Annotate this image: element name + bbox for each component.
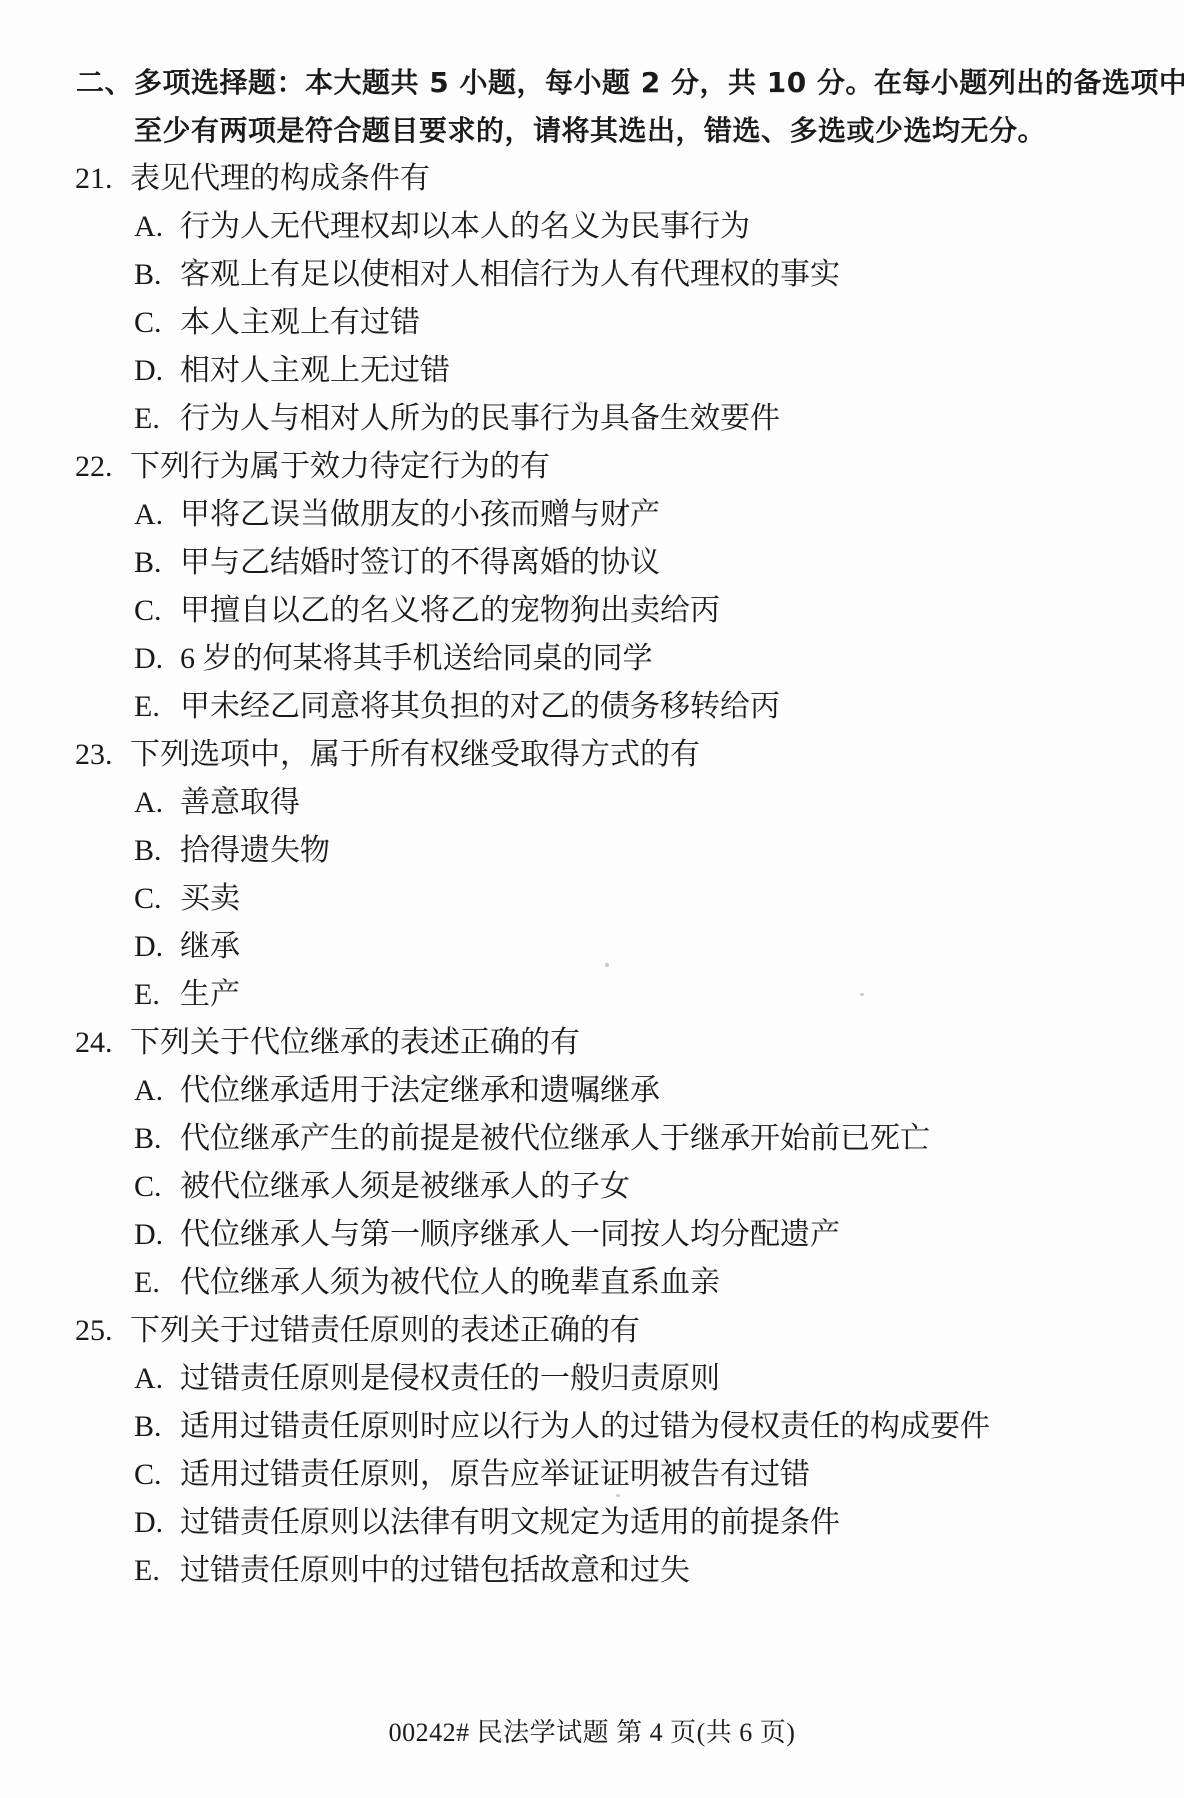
option-label: B. bbox=[134, 539, 180, 587]
option-row: C.适用过错责任原则，原告应举证证明被告有过错 bbox=[134, 1451, 1184, 1499]
option-text: 适用过错责任原则，原告应举证证明被告有过错 bbox=[180, 1458, 810, 1491]
option-label: C. bbox=[134, 1451, 180, 1499]
option-text: 6 岁的何某将其手机送给同桌的同学 bbox=[180, 642, 653, 675]
option-label: A. bbox=[134, 203, 180, 251]
option-row: D.6 岁的何某将其手机送给同桌的同学 bbox=[134, 635, 1184, 683]
scan-speck bbox=[605, 963, 609, 967]
option-text: 代位继承人与第一顺序继承人一同按人均分配遗产 bbox=[180, 1218, 840, 1251]
option-text: 生产 bbox=[180, 978, 240, 1011]
option-row: B.甲与乙结婚时签订的不得离婚的协议 bbox=[134, 539, 1184, 587]
option-label: B. bbox=[134, 827, 180, 875]
option-label: B. bbox=[134, 1403, 180, 1451]
question-number: 22. bbox=[75, 443, 130, 491]
option-label: A. bbox=[134, 1355, 180, 1403]
option-text: 继承 bbox=[180, 930, 240, 963]
option-text: 甲将乙误当做朋友的小孩而赠与财产 bbox=[180, 498, 660, 531]
option-text: 过错责任原则中的过错包括故意和过失 bbox=[180, 1554, 690, 1587]
footer-text: 00242# 民法学试题 第 4 页(共 6 页) bbox=[389, 1718, 796, 1747]
option-row: D.相对人主观上无过错 bbox=[134, 347, 1184, 395]
question-item: 24.下列关于代位继承的表述正确的有 A.代位继承适用于法定继承和遗嘱继承 B.… bbox=[0, 1019, 1184, 1307]
option-label: E. bbox=[134, 1259, 180, 1307]
option-label: E. bbox=[134, 1547, 180, 1595]
question-number: 21. bbox=[75, 155, 130, 203]
option-text: 代位继承产生的前提是被代位继承人于继承开始前已死亡 bbox=[180, 1122, 930, 1155]
section-header-line1: 二、多项选择题：本大题共 5 小题，每小题 2 分，共 10 分。在每小题列出的… bbox=[76, 59, 1184, 107]
question-item: 23.下列选项中，属于所有权继受取得方式的有 A.善意取得 B.拾得遗失物 C.… bbox=[0, 731, 1184, 1019]
question-item: 22.下列行为属于效力待定行为的有 A.甲将乙误当做朋友的小孩而赠与财产 B.甲… bbox=[0, 443, 1184, 731]
question-item: 25.下列关于过错责任原则的表述正确的有 A.过错责任原则是侵权责任的一般归责原… bbox=[0, 1307, 1184, 1595]
section-instructions-line1: 多项选择题：本大题共 5 小题，每小题 2 分，共 10 分。在每小题列出的备选… bbox=[134, 66, 1184, 99]
question-number: 25. bbox=[75, 1307, 130, 1355]
question-stem: 21.表见代理的构成条件有 bbox=[75, 155, 1184, 203]
option-row: D.继承 bbox=[134, 923, 1184, 971]
page-footer: 00242# 民法学试题 第 4 页(共 6 页) bbox=[0, 1709, 1184, 1757]
option-text: 甲擅自以乙的名义将乙的宠物狗出卖给丙 bbox=[180, 594, 720, 627]
question-number: 24. bbox=[75, 1019, 130, 1067]
option-text: 代位继承适用于法定继承和遗嘱继承 bbox=[180, 1074, 660, 1107]
question-text: 下列关于代位继承的表述正确的有 bbox=[130, 1026, 580, 1059]
question-list: 21.表见代理的构成条件有 A.行为人无代理权却以本人的名义为民事行为 B.客观… bbox=[0, 155, 1184, 1595]
option-label: B. bbox=[134, 251, 180, 299]
option-row: A.甲将乙误当做朋友的小孩而赠与财产 bbox=[134, 491, 1184, 539]
option-text: 本人主观上有过错 bbox=[180, 306, 420, 339]
option-row: C.本人主观上有过错 bbox=[134, 299, 1184, 347]
question-text: 表见代理的构成条件有 bbox=[130, 162, 430, 195]
option-row: B.拾得遗失物 bbox=[134, 827, 1184, 875]
option-text: 行为人无代理权却以本人的名义为民事行为 bbox=[180, 210, 750, 243]
question-text: 下列行为属于效力待定行为的有 bbox=[130, 450, 550, 483]
option-row: C.甲擅自以乙的名义将乙的宠物狗出卖给丙 bbox=[134, 587, 1184, 635]
question-stem: 23.下列选项中，属于所有权继受取得方式的有 bbox=[75, 731, 1184, 779]
option-text: 过错责任原则以法律有明文规定为适用的前提条件 bbox=[180, 1506, 840, 1539]
option-row: A.过错责任原则是侵权责任的一般归责原则 bbox=[134, 1355, 1184, 1403]
option-text: 被代位继承人须是被继承人的子女 bbox=[180, 1170, 630, 1203]
option-label: C. bbox=[134, 587, 180, 635]
option-text: 适用过错责任原则时应以行为人的过错为侵权责任的构成要件 bbox=[180, 1410, 990, 1443]
option-label: D. bbox=[134, 347, 180, 395]
option-text: 过错责任原则是侵权责任的一般归责原则 bbox=[180, 1362, 720, 1395]
question-text: 下列选项中，属于所有权继受取得方式的有 bbox=[130, 738, 700, 771]
question-item: 21.表见代理的构成条件有 A.行为人无代理权却以本人的名义为民事行为 B.客观… bbox=[0, 155, 1184, 443]
option-row: C.被代位继承人须是被继承人的子女 bbox=[134, 1163, 1184, 1211]
option-text: 客观上有足以使相对人相信行为人有代理权的事实 bbox=[180, 258, 840, 291]
question-text: 下列关于过错责任原则的表述正确的有 bbox=[130, 1314, 640, 1347]
option-label: A. bbox=[134, 779, 180, 827]
option-label: D. bbox=[134, 1499, 180, 1547]
option-row: E.行为人与相对人所为的民事行为具备生效要件 bbox=[134, 395, 1184, 443]
option-label: E. bbox=[134, 395, 180, 443]
question-number: 23. bbox=[75, 731, 130, 779]
option-row: A.行为人无代理权却以本人的名义为民事行为 bbox=[134, 203, 1184, 251]
option-label: C. bbox=[134, 299, 180, 347]
section-header-line2: 至少有两项是符合题目要求的，请将其选出，错选、多选或少选均无分。 bbox=[134, 107, 1184, 155]
option-row: A.善意取得 bbox=[134, 779, 1184, 827]
question-stem: 22.下列行为属于效力待定行为的有 bbox=[75, 443, 1184, 491]
question-stem: 25.下列关于过错责任原则的表述正确的有 bbox=[75, 1307, 1184, 1355]
option-text: 甲未经乙同意将其负担的对乙的债务移转给丙 bbox=[180, 690, 780, 723]
exam-page: 二、多项选择题：本大题共 5 小题，每小题 2 分，共 10 分。在每小题列出的… bbox=[0, 0, 1184, 1798]
option-text: 拾得遗失物 bbox=[180, 834, 330, 867]
option-text: 相对人主观上无过错 bbox=[180, 354, 450, 387]
option-row: E.甲未经乙同意将其负担的对乙的债务移转给丙 bbox=[134, 683, 1184, 731]
option-row: E.生产 bbox=[134, 971, 1184, 1019]
option-label: D. bbox=[134, 635, 180, 683]
option-label: C. bbox=[134, 1163, 180, 1211]
option-text: 买卖 bbox=[180, 882, 240, 915]
option-row: D.代位继承人与第一顺序继承人一同按人均分配遗产 bbox=[134, 1211, 1184, 1259]
option-text: 代位继承人须为被代位人的晚辈直系血亲 bbox=[180, 1266, 720, 1299]
option-text: 甲与乙结婚时签订的不得离婚的协议 bbox=[180, 546, 660, 579]
option-row: E.过错责任原则中的过错包括故意和过失 bbox=[134, 1547, 1184, 1595]
option-label: C. bbox=[134, 875, 180, 923]
option-row: B.代位继承产生的前提是被代位继承人于继承开始前已死亡 bbox=[134, 1115, 1184, 1163]
option-text: 善意取得 bbox=[180, 786, 300, 819]
option-text: 行为人与相对人所为的民事行为具备生效要件 bbox=[180, 402, 780, 435]
option-row: A.代位继承适用于法定继承和遗嘱继承 bbox=[134, 1067, 1184, 1115]
option-row: B.适用过错责任原则时应以行为人的过错为侵权责任的构成要件 bbox=[134, 1403, 1184, 1451]
option-label: A. bbox=[134, 1067, 180, 1115]
option-label: E. bbox=[134, 683, 180, 731]
option-label: B. bbox=[134, 1115, 180, 1163]
option-label: A. bbox=[134, 491, 180, 539]
scan-speck bbox=[860, 993, 864, 996]
option-label: D. bbox=[134, 1211, 180, 1259]
option-row: C.买卖 bbox=[134, 875, 1184, 923]
option-row: E.代位继承人须为被代位人的晚辈直系血亲 bbox=[134, 1259, 1184, 1307]
option-row: B.客观上有足以使相对人相信行为人有代理权的事实 bbox=[134, 251, 1184, 299]
scan-speck bbox=[578, 401, 583, 405]
question-stem: 24.下列关于代位继承的表述正确的有 bbox=[75, 1019, 1184, 1067]
section-number: 二、 bbox=[76, 59, 134, 107]
option-label: E. bbox=[134, 971, 180, 1019]
option-row: D.过错责任原则以法律有明文规定为适用的前提条件 bbox=[134, 1499, 1184, 1547]
scan-speck bbox=[616, 1494, 620, 1497]
page-content: 二、多项选择题：本大题共 5 小题，每小题 2 分，共 10 分。在每小题列出的… bbox=[0, 59, 1184, 1595]
option-label: D. bbox=[134, 923, 180, 971]
